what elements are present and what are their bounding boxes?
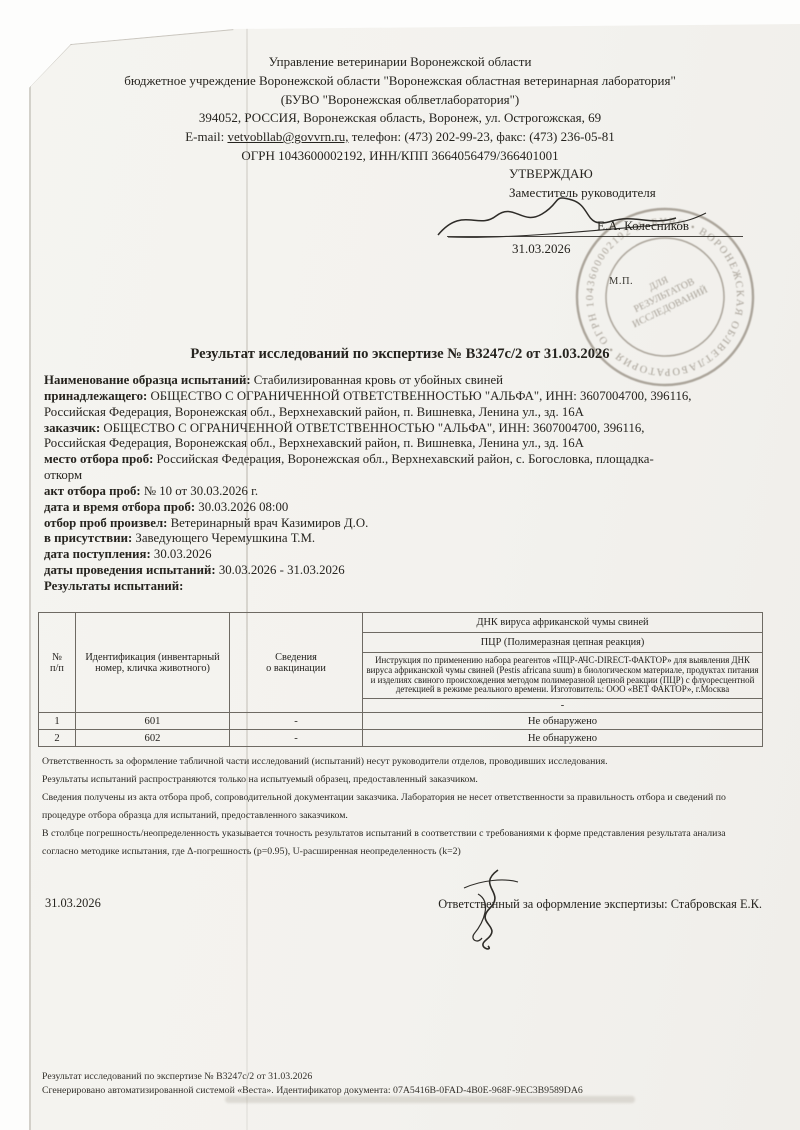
note-line: Результаты испытаний распространяются то… xyxy=(42,771,762,789)
detail-label: Результаты испытаний: xyxy=(44,579,183,593)
detail-line: место отбора проб: Российская Федерация,… xyxy=(44,452,766,468)
phone-fax: телефон: (473) 202-99-23, факс: (473) 23… xyxy=(348,129,614,144)
result-group-method-detail: Инструкция по применению набора реагенто… xyxy=(363,653,763,699)
detail-label: заказчик: xyxy=(44,421,100,435)
detail-line: дата поступления: 30.03.2026 xyxy=(44,547,766,563)
cell-vacc: - xyxy=(230,713,363,730)
detail-value: Российская Федерация, Воронежская обл., … xyxy=(44,405,584,419)
table-row: 1 601 - Не обнаружено xyxy=(39,713,763,730)
org-registration-numbers: ОГРН 1043600002192, ИНН/КПП 3664056479/3… xyxy=(0,147,800,166)
result-group-method: ПЦР (Полимеразная цепная реакция) xyxy=(363,633,763,653)
detail-line: акт отбора проб: № 10 от 30.03.2026 г. xyxy=(44,484,766,500)
detail-value: Ветеринарный врач Казимиров Д.О. xyxy=(167,516,368,530)
scanned-document-page: Управление ветеринарии Воронежской облас… xyxy=(0,0,800,1130)
org-contacts: E-mail: vetvobllab@govvrn.ru, телефон: (… xyxy=(0,128,800,147)
cell-ident: 601 xyxy=(76,713,230,730)
results-table: №п/п Идентификация (инвентарный номер, к… xyxy=(38,612,763,747)
org-name: бюджетное учреждение Воронежской области… xyxy=(0,72,800,91)
cell-result: Не обнаружено xyxy=(363,713,763,730)
detail-label: место отбора проб: xyxy=(44,452,153,466)
detail-label: дата поступления: xyxy=(44,547,151,561)
result-group-disease: ДНК вируса африканской чумы свиней xyxy=(363,613,763,633)
detail-line: Российская Федерация, Воронежская обл., … xyxy=(44,405,766,421)
org-address: 394052, РОССИЯ, Воронежская область, Вор… xyxy=(0,109,800,128)
signoff-date: 31.03.2026 xyxy=(45,896,101,911)
cell-vacc: - xyxy=(230,730,363,747)
detail-line: даты проведения испытаний: 30.03.2026 - … xyxy=(44,563,766,579)
cell-num: 1 xyxy=(39,713,76,730)
sample-details: Наименование образца испытаний: Стабилиз… xyxy=(44,373,766,595)
detail-value: Заведующего Черемушкина Т.М. xyxy=(132,531,315,545)
document-title: Результат исследований по экспертизе № В… xyxy=(0,346,800,363)
org-authority: Управление ветеринарии Воронежской облас… xyxy=(0,53,800,72)
note-line: Ответственность за оформление табличной … xyxy=(42,753,762,771)
detail-value: № 10 от 30.03.2026 г. xyxy=(141,484,258,498)
seal-place-mark: М.П. xyxy=(609,276,633,287)
detail-value: откорм xyxy=(44,468,82,482)
approval-date: 31.03.2026 xyxy=(512,241,571,257)
detail-label: принадлежащего: xyxy=(44,389,147,403)
letterhead: Управление ветеринарии Воронежской облас… xyxy=(0,53,800,166)
footer-expertise-ref: Результат исследований по экспертизе № В… xyxy=(42,1070,583,1084)
col-header-vaccination: Сведенияо вакцинации xyxy=(230,613,363,713)
detail-line: откорм xyxy=(44,468,766,484)
detail-label: отбор проб произвел: xyxy=(44,516,167,530)
table-row: 2 602 - Не обнаружено xyxy=(39,730,763,747)
approval-word: УТВЕРЖДАЮ xyxy=(509,164,656,183)
detail-value: 30.03.2026 xyxy=(151,547,212,561)
col-header-identification: Идентификация (инвентарный номер, кличка… xyxy=(76,613,230,713)
cell-num: 2 xyxy=(39,730,76,747)
email-link-text: vetvobllab@govvrn.ru, xyxy=(227,129,348,144)
paper-top-edge xyxy=(70,29,233,45)
footnotes: Ответственность за оформление табличной … xyxy=(42,753,762,861)
detail-value: 30.03.2026 08:00 xyxy=(195,500,288,514)
note-line: Сведения получены из акта отбора проб, с… xyxy=(42,789,762,825)
paper-left-edge xyxy=(29,86,31,1130)
detail-value: 30.03.2026 - 31.03.2026 xyxy=(216,563,345,577)
note-line: В столбце погрешность/неопределенность у… xyxy=(42,825,762,861)
detail-line: дата и время отбора проб: 30.03.2026 08:… xyxy=(44,500,766,516)
cell-ident: 602 xyxy=(76,730,230,747)
col-header-num: №п/п xyxy=(39,613,76,713)
detail-line: заказчик: ОБЩЕСТВО С ОГРАНИЧЕННОЙ ОТВЕТС… xyxy=(44,421,766,437)
cell-result: Не обнаружено xyxy=(363,730,763,747)
detail-label: акт отбора проб: xyxy=(44,484,141,498)
approver-signature xyxy=(432,190,732,242)
detail-label: дата и время отбора проб: xyxy=(44,500,195,514)
result-group-empty: - xyxy=(363,699,763,713)
org-short-name: (БУВО "Воронежская облветлаборатория") xyxy=(0,91,800,110)
detail-label: Наименование образца испытаний: xyxy=(44,373,251,387)
approver-name: Е.А. Колесников xyxy=(597,218,689,234)
detail-value: Российская Федерация, Воронежская обл., … xyxy=(44,436,584,450)
detail-line: отбор проб произвел: Ветеринарный врач К… xyxy=(44,516,766,532)
detail-value: Стабилизированная кровь от убойных свине… xyxy=(251,373,503,387)
footer-generated-by: Сгенерировано автоматизированной системо… xyxy=(42,1084,583,1098)
detail-value: ОБЩЕСТВО С ОГРАНИЧЕННОЙ ОТВЕТСТВЕННОСТЬЮ… xyxy=(100,421,644,435)
detail-line: Российская Федерация, Воронежская обл., … xyxy=(44,436,766,452)
detail-line: Результаты испытаний: xyxy=(44,579,766,595)
detail-value: Российская Федерация, Воронежская обл., … xyxy=(153,452,653,466)
detail-label: в присутствии: xyxy=(44,531,132,545)
detail-line: в присутствии: Заведующего Черемушкина Т… xyxy=(44,531,766,547)
detail-label: даты проведения испытаний: xyxy=(44,563,216,577)
email-label: E-mail: xyxy=(185,129,227,144)
executor-signature xyxy=(452,866,524,954)
document-footer: Результат исследований по экспертизе № В… xyxy=(42,1070,583,1098)
